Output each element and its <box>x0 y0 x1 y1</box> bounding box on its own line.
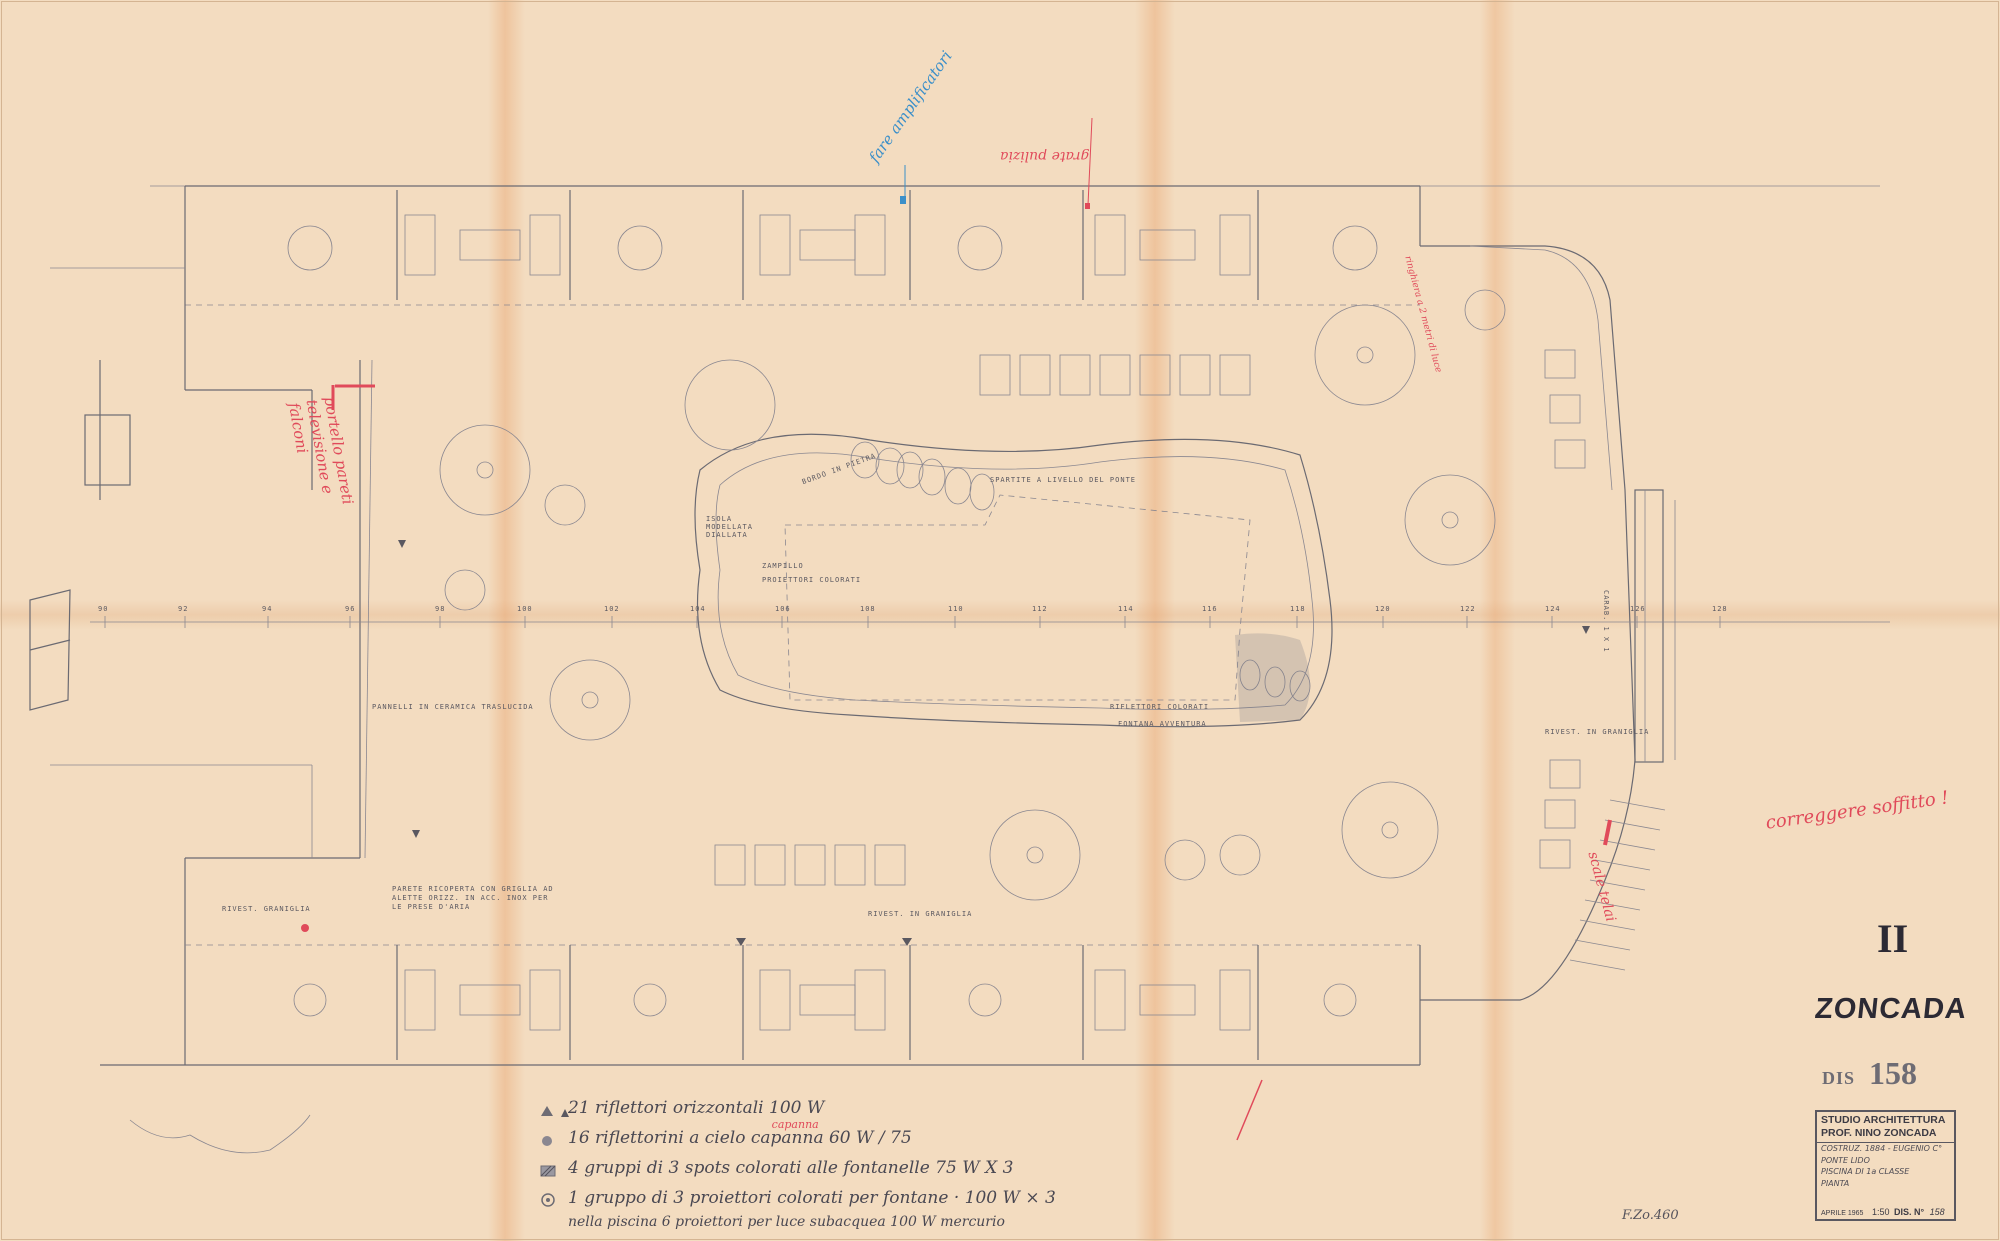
axis-tick: 96 <box>345 605 355 613</box>
label-zampillo: ZAMPILLO <box>762 562 804 570</box>
axis-tick: 100 <box>517 605 533 613</box>
legend-item: 16 riflettorini a cielo capanna 60 W / 7… <box>540 1123 1056 1153</box>
label-pool-lights: RIFLETTORI COLORATI <box>1110 703 1209 711</box>
annotation-red-top: grate pulizia <box>1000 148 1090 164</box>
axis-tick: 94 <box>262 605 272 613</box>
dis-no-label: DIS. N° <box>1894 1207 1924 1217</box>
axis-tick: 106 <box>775 605 791 613</box>
title-block-header: STUDIO ARCHITETTURA PROF. NINO ZONCADA <box>1817 1112 1954 1143</box>
legend-item: 1 gruppo di 3 proiettori colorati per fo… <box>540 1183 1056 1213</box>
legend-text: 21 riflettori orizzontali 100 W <box>568 1098 824 1118</box>
hatched-square-symbol-icon <box>540 1162 558 1174</box>
label-island: ISOLA MODELLATA DIALLATA <box>706 515 766 539</box>
axis-tick: 118 <box>1290 605 1306 613</box>
axis-tick: 92 <box>178 605 188 613</box>
axis-tick: 108 <box>860 605 876 613</box>
axis-tick: 122 <box>1460 605 1476 613</box>
drawing-sheet: 90 92 94 96 98 100 102 104 106 108 110 1… <box>0 0 2000 1241</box>
label-floor-left: RIVEST. GRANIGLIA <box>222 905 311 913</box>
ring-symbol-icon <box>540 1192 558 1204</box>
title-block-stamp: STUDIO ARCHITETTURA PROF. NINO ZONCADA C… <box>1815 1110 1956 1221</box>
label-fountain: FONTANA AVVENTURA <box>1118 720 1207 728</box>
legend-text: nella piscina 6 proiettori per luce suba… <box>568 1214 1005 1230</box>
label-ledge: SPARTITE A LIVELLO DEL PONTE <box>990 476 1136 484</box>
label-wall: PARETE RICOPERTA CON GRIGLIA AD ALETTE O… <box>392 885 562 912</box>
axis-tick: 114 <box>1118 605 1134 613</box>
axis-tick: 98 <box>435 605 445 613</box>
project-line-2: PONTE LIDO <box>1817 1155 1954 1167</box>
project-line-1: COSTRUZ. 1884 - EUGENIO C° <box>1817 1143 1954 1155</box>
label-projectors: PROIETTORI COLORATI <box>762 576 861 584</box>
floor-plan-drawing <box>0 0 2000 1241</box>
axis-tick: 90 <box>98 605 108 613</box>
axis-tick: 116 <box>1202 605 1218 613</box>
label-floor-mid: RIVEST. IN GRANIGLIA <box>868 910 972 918</box>
project-line-4: PIANTA <box>1817 1178 1954 1190</box>
legend-text: 4 gruppi di 3 spots colorati alle fontan… <box>568 1158 1013 1178</box>
studio-line-1: STUDIO ARCHITETTURA <box>1821 1114 1950 1127</box>
axis-tick: 128 <box>1712 605 1728 613</box>
legend-text: 16 riflettorini a cielo capanna 60 W / 7… <box>568 1128 912 1148</box>
dis-label: DIS <box>1822 1068 1855 1088</box>
title-block-footer: APRILE 1965 1:50 DIS. N° 158 <box>1821 1207 1950 1217</box>
axis-tick: 120 <box>1375 605 1391 613</box>
legend-text: 1 gruppo di 3 proiettori colorati per fo… <box>568 1188 1056 1208</box>
project-line-3: PISCINA DI 1a CLASSE <box>1817 1166 1954 1178</box>
date: APRILE 1965 <box>1821 1210 1863 1217</box>
annotation-legend-correction: capanna <box>772 1118 819 1131</box>
axis-tick: 126 <box>1630 605 1646 613</box>
studio-line-2: PROF. NINO ZONCADA <box>1821 1127 1950 1140</box>
axis-tick: 124 <box>1545 605 1561 613</box>
lighting-legend: 21 riflettori orizzontali 100 W 16 rifle… <box>540 1093 1056 1231</box>
legend-item: 4 gruppi di 3 spots colorati alle fontan… <box>540 1153 1056 1183</box>
sheet-number-roman: II <box>1877 915 1908 962</box>
triangle-symbol-icon <box>540 1102 558 1114</box>
drawing-number: DIS158 <box>1822 1055 1917 1092</box>
dot-symbol-icon <box>540 1132 558 1144</box>
axis-tick: 104 <box>690 605 706 613</box>
label-carab: CARAB. 1 X 1 <box>1602 590 1610 653</box>
axis-tick: 112 <box>1032 605 1048 613</box>
legend-item: nella piscina 6 proiettori per luce suba… <box>540 1213 1056 1231</box>
dis-no-value: 158 <box>1930 1207 1945 1217</box>
architect-signature: ZONCADA <box>1813 993 1968 1026</box>
axis-tick: 110 <box>948 605 964 613</box>
label-floor-right: RIVEST. IN GRANIGLIA <box>1545 728 1649 736</box>
scale: 1:50 <box>1872 1207 1890 1217</box>
archive-code: F.Zo.460 <box>1622 1208 1679 1223</box>
dis-number: 158 <box>1869 1055 1917 1091</box>
axis-tick: 102 <box>604 605 620 613</box>
label-ceramic-panels: PANNELLI IN CERAMICA TRASLUCIDA <box>372 703 534 711</box>
blank-symbol <box>540 1216 558 1228</box>
